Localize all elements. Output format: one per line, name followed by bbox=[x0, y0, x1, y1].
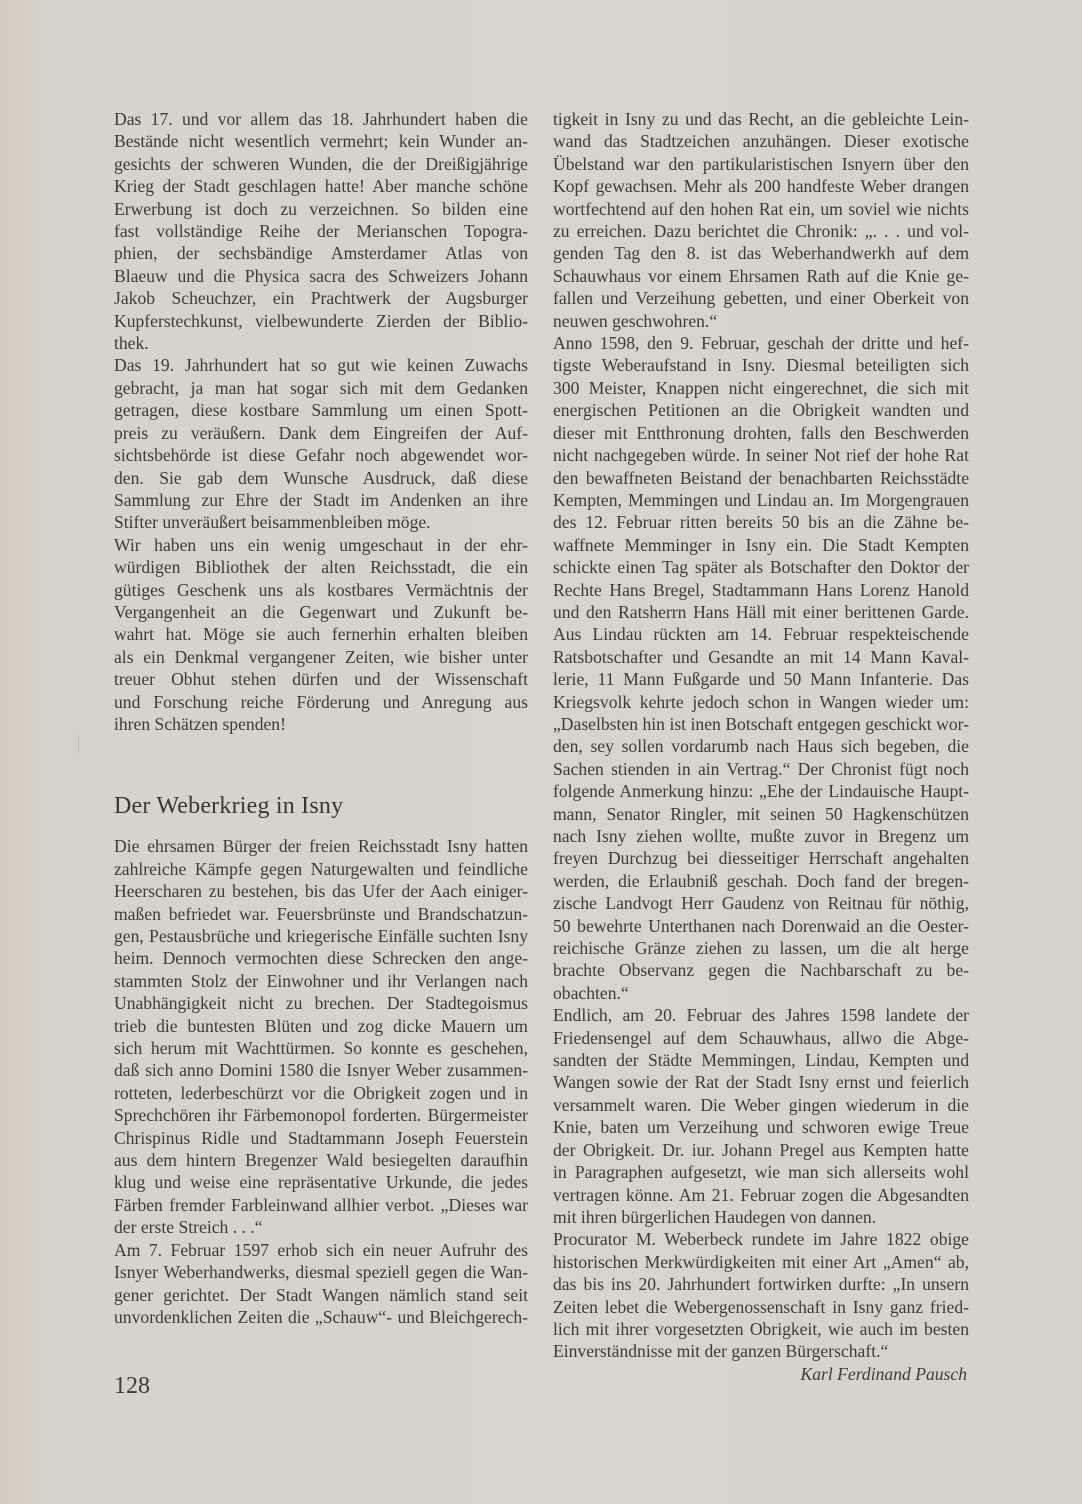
text-line: rotteten, lederbeschürzt vor die Obrigke… bbox=[114, 1082, 528, 1104]
text-line: Blaeuw und die Physica sacra des Schweiz… bbox=[114, 265, 528, 287]
text-line: des 12. Februar ritten bereits 50 bis an… bbox=[553, 511, 969, 533]
text-line: vertragen könne. Am 21. Februar zogen di… bbox=[553, 1184, 969, 1206]
text-line: Heerscharen zu bestehen, bis das Ufer de… bbox=[114, 880, 528, 902]
paragraph: Wir haben uns ein wenig umgeschaut in de… bbox=[114, 534, 528, 736]
paragraph: Am 7. Februar 1597 erhob sich ein neuer … bbox=[114, 1239, 528, 1329]
text-line: 50 bewehrte Unterthanen nach Dorenwaid a… bbox=[553, 915, 969, 937]
text-line: werden, die Erlaubniß geschah. Doch fand… bbox=[553, 870, 969, 892]
text-line: Bestände nicht wesentlich vermehrt; kein… bbox=[114, 130, 528, 152]
text-line: versammelt waren. Die Weber gingen wiede… bbox=[553, 1094, 969, 1116]
paragraph: Endlich, am 20. Februar des Jahres 1598 … bbox=[553, 1004, 969, 1228]
text-line: wahrt hat. Möge sie auch fernerhin erhal… bbox=[114, 623, 528, 645]
text-line: Rechte Hans Bregel, Stadtammann Hans Lor… bbox=[553, 579, 969, 601]
text-line: gener gerichtet. Der Stadt Wangen nämlic… bbox=[114, 1284, 528, 1306]
text-line: Erwerbung ist doch zu verzeichnen. So bi… bbox=[114, 198, 528, 220]
text-line: obachten.“ bbox=[553, 982, 969, 1004]
document-page: Das 17. und vor allem das 18. Jahrhunder… bbox=[0, 0, 1082, 1504]
text-line: Färben fremder Farbleinwand allhier verb… bbox=[114, 1194, 528, 1216]
text-line: wand das Stadtzeichen anzuhängen. Dieser… bbox=[553, 130, 969, 152]
paragraph: Die ehrsamen Bürger der freien Reichssta… bbox=[114, 835, 528, 1238]
text-line: Am 7. Februar 1597 erhob sich ein neuer … bbox=[114, 1239, 528, 1261]
text-line: zu erreichen. Dazu berichtet die Chronik… bbox=[553, 220, 969, 242]
text-line: lerie, 11 Mann Fußgarde und 50 Mann Infa… bbox=[553, 668, 969, 690]
text-line: der erste Streich . . .“ bbox=[114, 1216, 528, 1238]
text-line: reichische Gränze ziehen zu lassen, um d… bbox=[553, 937, 969, 959]
paragraph: Das 17. und vor allem das 18. Jahrhunder… bbox=[114, 108, 528, 354]
text-line: Unabhängigkeit nicht zu brechen. Der Sta… bbox=[114, 992, 528, 1014]
continued-paragraphs: tigkeit in Isny zu und das Recht, an die… bbox=[553, 108, 969, 1363]
text-line: Chrispinus Ridle und Stadtammann Joseph … bbox=[114, 1127, 528, 1149]
text-line: Friedensengel auf dem Schauwhaus, allwo … bbox=[553, 1027, 969, 1049]
text-line: Übelstand war den partikularistischen Is… bbox=[553, 153, 969, 175]
text-line: den. Sie gab dem Wunsche Ausdruck, daß d… bbox=[114, 467, 528, 489]
text-line: brachte Observanz gegen die Nachbarschaf… bbox=[553, 959, 969, 981]
paragraph: tigkeit in Isny zu und das Recht, an die… bbox=[553, 108, 969, 332]
text-line: lich mit ihrer vorgesetzten Obrigkeit, w… bbox=[553, 1318, 969, 1340]
text-line: freyen Durchzug bei diesseitiger Herrsch… bbox=[553, 847, 969, 869]
text-line: unvordenklichen Zeiten die „Schauw“- und… bbox=[114, 1306, 528, 1328]
text-line: Kempten, Memmingen und Lindau an. Im Mor… bbox=[553, 489, 969, 511]
text-line: gebracht, ja man hat sogar sich mit dem … bbox=[114, 377, 528, 399]
text-line: das bis ins 20. Jahrhundert fortwirken d… bbox=[553, 1273, 969, 1295]
text-line: klug und weise eine repräsentative Urkun… bbox=[114, 1171, 528, 1193]
text-line: mit ihren bürgerlichen Haudegen von dann… bbox=[553, 1206, 969, 1228]
text-line: fallen und Verzeihung gebetten, und eine… bbox=[553, 287, 969, 309]
text-line: neuwen geschwohren.“ bbox=[553, 310, 969, 332]
text-line: und Forschung reiche Förderung und Anreg… bbox=[114, 691, 528, 713]
text-line: würdigen Bibliothek der alten Reichsstad… bbox=[114, 556, 528, 578]
text-line: genden Tag den 8. ist das Weberhandwerkh… bbox=[553, 242, 969, 264]
text-line: 300 Meister, Knappen nicht eingerechnet,… bbox=[553, 377, 969, 399]
text-line: gen, Pestausbrüche und kriegerische Einf… bbox=[114, 925, 528, 947]
text-line: schickte einen Tag später als Botschafte… bbox=[553, 556, 969, 578]
author-signature: Karl Ferdinand Pausch bbox=[553, 1363, 969, 1385]
text-line: Procurator M. Weberbeck rundete im Jahre… bbox=[553, 1228, 969, 1250]
text-line: getragen, diese kostbare Sammlung um ein… bbox=[114, 399, 528, 421]
text-line: Die ehrsamen Bürger der freien Reichssta… bbox=[114, 835, 528, 857]
text-line: Kriegsvolk kehrte jedoch schon in Wangen… bbox=[553, 691, 969, 713]
text-line: energischen Petitionen an die Obrigkeit … bbox=[553, 399, 969, 421]
text-line: tigste Weberaufstand in Isny. Diesmal be… bbox=[553, 354, 969, 376]
text-line: gesichts der schweren Wunden, die der Dr… bbox=[114, 153, 528, 175]
text-line: sandten der Städte Memmingen, Lindau, Ke… bbox=[553, 1049, 969, 1071]
text-line: treuer Obhut stehen dürfen und der Wisse… bbox=[114, 668, 528, 690]
paper-fold-mark bbox=[78, 735, 79, 753]
text-line: wortfechtend auf den hohen Rat ein, um s… bbox=[553, 198, 969, 220]
text-line: thek. bbox=[114, 332, 528, 354]
text-line: Krieg der Stadt geschlagen hatte! Aber m… bbox=[114, 175, 528, 197]
text-line: nach Isny ziehen wollte, mußte zuvor in … bbox=[553, 825, 969, 847]
text-line: Stifter unveräußert beisammenbleiben mög… bbox=[114, 511, 528, 533]
text-line: Isnyer Weberhandwerks, diesmal speziell … bbox=[114, 1261, 528, 1283]
text-line: gütiges Geschenk uns als kostbares Vermä… bbox=[114, 579, 528, 601]
left-column: Das 17. und vor allem das 18. Jahrhunder… bbox=[114, 108, 528, 1328]
paragraph: Das 19. Jahrhundert hat so gut wie keine… bbox=[114, 354, 528, 533]
paragraph: Anno 1598, den 9. Februar, geschah der d… bbox=[553, 332, 969, 1004]
paragraph: Procurator M. Weberbeck rundete im Jahre… bbox=[553, 1228, 969, 1362]
text-line: maßen befriedet war. Feuersbrünste und B… bbox=[114, 903, 528, 925]
text-line: „Daselbsten hin ist inen Botschaft entge… bbox=[553, 713, 969, 735]
text-line: Zeiten lebet die Webergenossenschaft in … bbox=[553, 1296, 969, 1318]
text-line: in Paragraphen aufgesetzt, wie man sich … bbox=[553, 1161, 969, 1183]
text-line: Kopf gewachsen. Mehr als 200 handfeste W… bbox=[553, 175, 969, 197]
text-line: Sachen stienden in ain Vertrag.“ Der Chr… bbox=[553, 758, 969, 780]
text-line: daß sich anno Domini 1580 die Isnyer Web… bbox=[114, 1059, 528, 1081]
section-paragraphs: Die ehrsamen Bürger der freien Reichssta… bbox=[114, 835, 528, 1328]
text-line: phien, der sechsbändige Amsterdamer Atla… bbox=[114, 242, 528, 264]
text-line: als ein Denkmal vergangener Zeiten, wie … bbox=[114, 646, 528, 668]
text-line: Vergangenheit an die Gegenwart und Zukun… bbox=[114, 601, 528, 623]
text-line: Wir haben uns ein wenig umgeschaut in de… bbox=[114, 534, 528, 556]
text-line: den bewaffneten Beistand der benachbarte… bbox=[553, 467, 969, 489]
text-line: heim. Dennoch vermochten diese Schrecken… bbox=[114, 947, 528, 969]
section-heading: Der Weberkrieg in Isny bbox=[114, 791, 528, 821]
right-column: tigkeit in Isny zu und das Recht, an die… bbox=[553, 108, 969, 1385]
text-line: waffnete Memminger in Isny ein. Die Stad… bbox=[553, 534, 969, 556]
text-line: Kupferstechkunst, vielbewunderte Zierden… bbox=[114, 310, 528, 332]
text-line: den, sey sollen vordarumb nach Haus sich… bbox=[553, 735, 969, 757]
text-line: der Obrigkeit. Dr. iur. Johann Pregel au… bbox=[553, 1139, 969, 1161]
text-line: zahlreiche Kämpfe gegen Naturgewalten un… bbox=[114, 858, 528, 880]
text-line: zische Landvogt Herr Gaudenz von Reitnau… bbox=[553, 892, 969, 914]
text-line: Knie, baten um Verzeihung und schworen e… bbox=[553, 1116, 969, 1138]
text-line: dieser mit Entthronung drohten, falls de… bbox=[553, 422, 969, 444]
text-line: Sprechchören ihr Färbemonopol forderten.… bbox=[114, 1104, 528, 1126]
intro-paragraphs: Das 17. und vor allem das 18. Jahrhunder… bbox=[114, 108, 528, 735]
text-line: Einverständnisse mit der ganzen Bürgersc… bbox=[553, 1340, 969, 1362]
text-line: Das 17. und vor allem das 18. Jahrhunder… bbox=[114, 108, 528, 130]
text-line: Jakob Scheuchzer, ein Prachtwerk der Aug… bbox=[114, 287, 528, 309]
text-line: Schauwhaus vor einem Ehrsamen Rath auf d… bbox=[553, 265, 969, 287]
text-line: Endlich, am 20. Februar des Jahres 1598 … bbox=[553, 1004, 969, 1026]
text-line: und den Ratsherrn Hans Häll mit einer be… bbox=[553, 601, 969, 623]
page-number: 128 bbox=[114, 1372, 150, 1400]
text-line: tigkeit in Isny zu und das Recht, an die… bbox=[553, 108, 969, 130]
text-line: Sammlung zur Ehre der Stadt im Andenken … bbox=[114, 489, 528, 511]
text-line: Ratsbotschafter und Gesandte an mit 14 M… bbox=[553, 646, 969, 668]
text-line: Wangen sowie der Rat der Stadt Isny erns… bbox=[553, 1071, 969, 1093]
text-line: fast vollständige Reihe der Merianschen … bbox=[114, 220, 528, 242]
text-line: mann, Senator Ringler, mit seinen 50 Hag… bbox=[553, 803, 969, 825]
text-line: Das 19. Jahrhundert hat so gut wie keine… bbox=[114, 354, 528, 376]
text-line: sichtsbehörde ist diese Gefahr noch abge… bbox=[114, 444, 528, 466]
text-line: stammten Stolz der Einwohner und ihr Ver… bbox=[114, 970, 528, 992]
text-line: preis zu veräußern. Dank dem Eingreifen … bbox=[114, 422, 528, 444]
text-line: Anno 1598, den 9. Februar, geschah der d… bbox=[553, 332, 969, 354]
text-line: sich herum mit Wachttürmen. So konnte es… bbox=[114, 1037, 528, 1059]
text-line: nicht nachgegeben würde. In seiner Not r… bbox=[553, 444, 969, 466]
text-line: aus dem hintern Bregenzer Wald besiegelt… bbox=[114, 1149, 528, 1171]
text-line: historischen Merkwürdigkeiten mit einer … bbox=[553, 1251, 969, 1273]
text-line: trieb die buntesten Blüten und zog dicke… bbox=[114, 1015, 528, 1037]
text-line: ihren Schätzen spenden! bbox=[114, 713, 528, 735]
text-line: folgende Anmerkung hinzu: „Ehe der Linda… bbox=[553, 780, 969, 802]
text-line: Aus Lindau rückten am 14. Februar respek… bbox=[553, 623, 969, 645]
